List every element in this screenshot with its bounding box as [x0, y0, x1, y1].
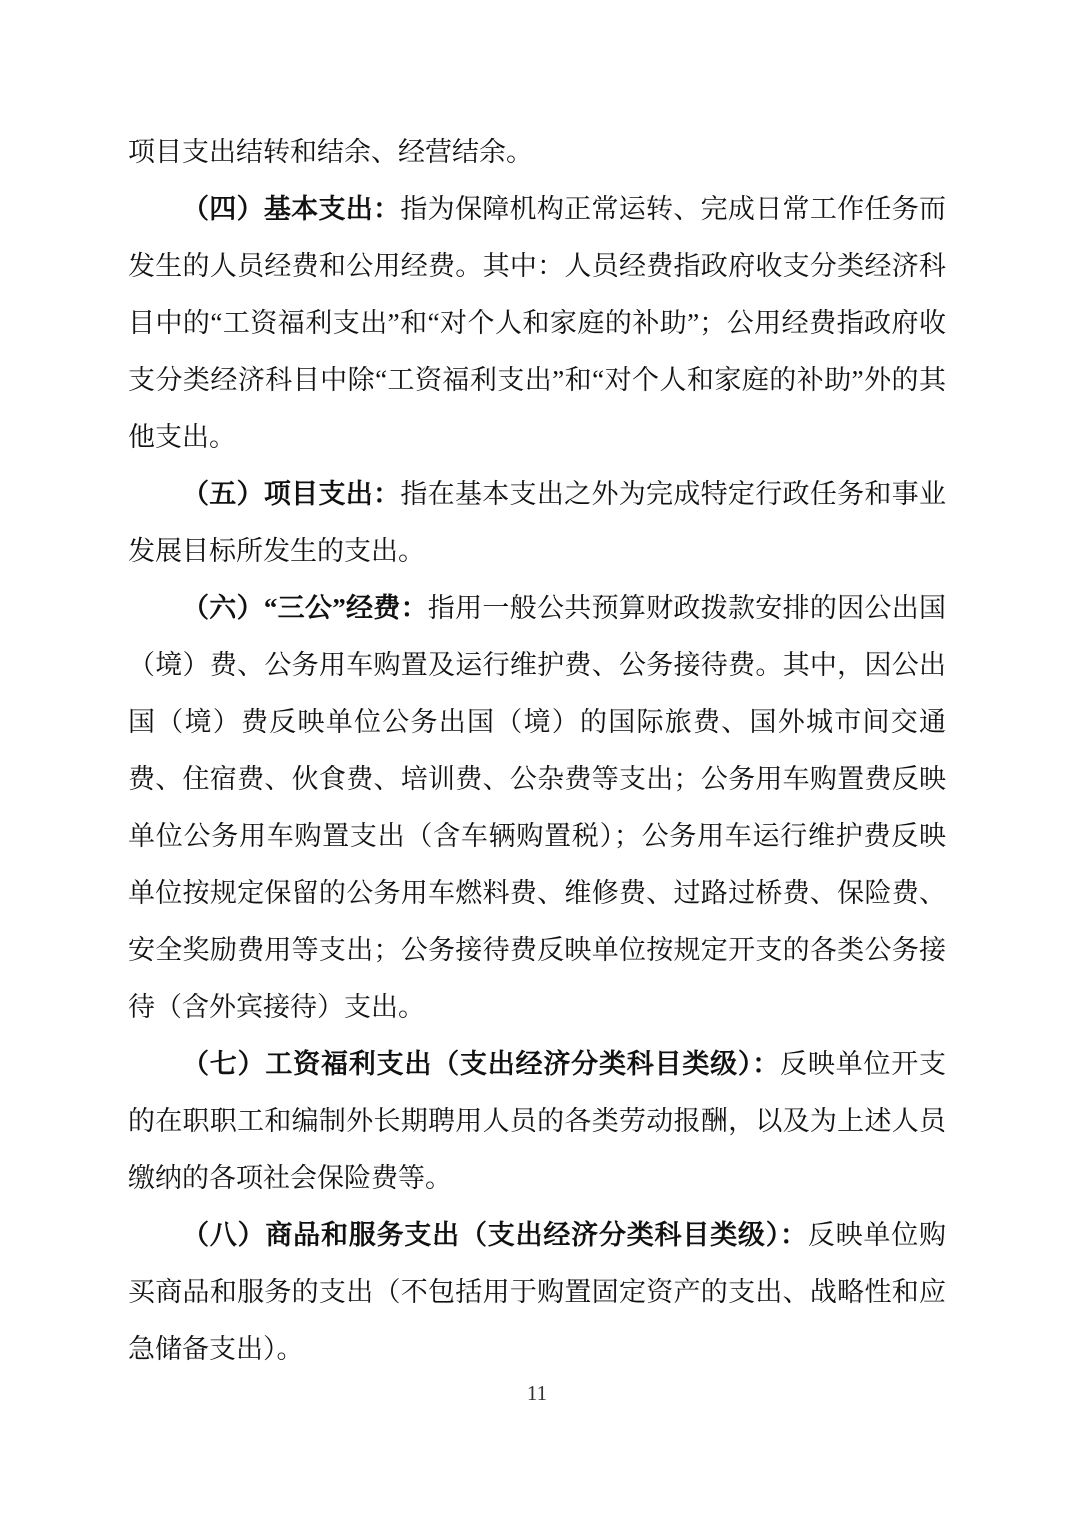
paragraph-heading: （四）基本支出： [182, 194, 400, 224]
paragraph-text: 项目支出结转和结余、经营结余。 [128, 137, 533, 167]
document-body: 项目支出结转和结余、经营结余。（四）基本支出：指为保障机构正常运转、完成日常工作… [128, 124, 946, 1378]
page-number: 11 [0, 1378, 1074, 1408]
document-page: 项目支出结转和结余、经营结余。（四）基本支出：指为保障机构正常运转、完成日常工作… [0, 0, 1074, 1520]
paragraph-heading: （五）项目支出： [182, 479, 400, 509]
paragraph-text: 指为保障机构正常运转、完成日常工作任务而发生的人员经费和公用经费。其中：人员经费… [128, 194, 946, 452]
paragraph-heading: （六）“三公”经费： [182, 593, 428, 623]
paragraph: （八）商品和服务支出（支出经济分类科目类级）：反映单位购买商品和服务的支出（不包… [128, 1207, 946, 1378]
paragraph-heading: （七）工资福利支出（支出经济分类科目类级）： [182, 1049, 780, 1079]
paragraph: （六）“三公”经费：指用一般公共预算财政拨款安排的因公出国（境）费、公务用车购置… [128, 580, 946, 1036]
paragraph: （四）基本支出：指为保障机构正常运转、完成日常工作任务而发生的人员经费和公用经费… [128, 181, 946, 466]
paragraph: （五）项目支出：指在基本支出之外为完成特定行政任务和事业发展目标所发生的支出。 [128, 466, 946, 580]
paragraph: （七）工资福利支出（支出经济分类科目类级）：反映单位开支的在职职工和编制外长期聘… [128, 1036, 946, 1207]
paragraph-text: 指用一般公共预算财政拨款安排的因公出国（境）费、公务用车购置及运行维护费、公务接… [128, 593, 946, 1022]
paragraph: 项目支出结转和结余、经营结余。 [128, 124, 946, 181]
paragraph-heading: （八）商品和服务支出（支出经济分类科目类级）： [182, 1220, 808, 1250]
